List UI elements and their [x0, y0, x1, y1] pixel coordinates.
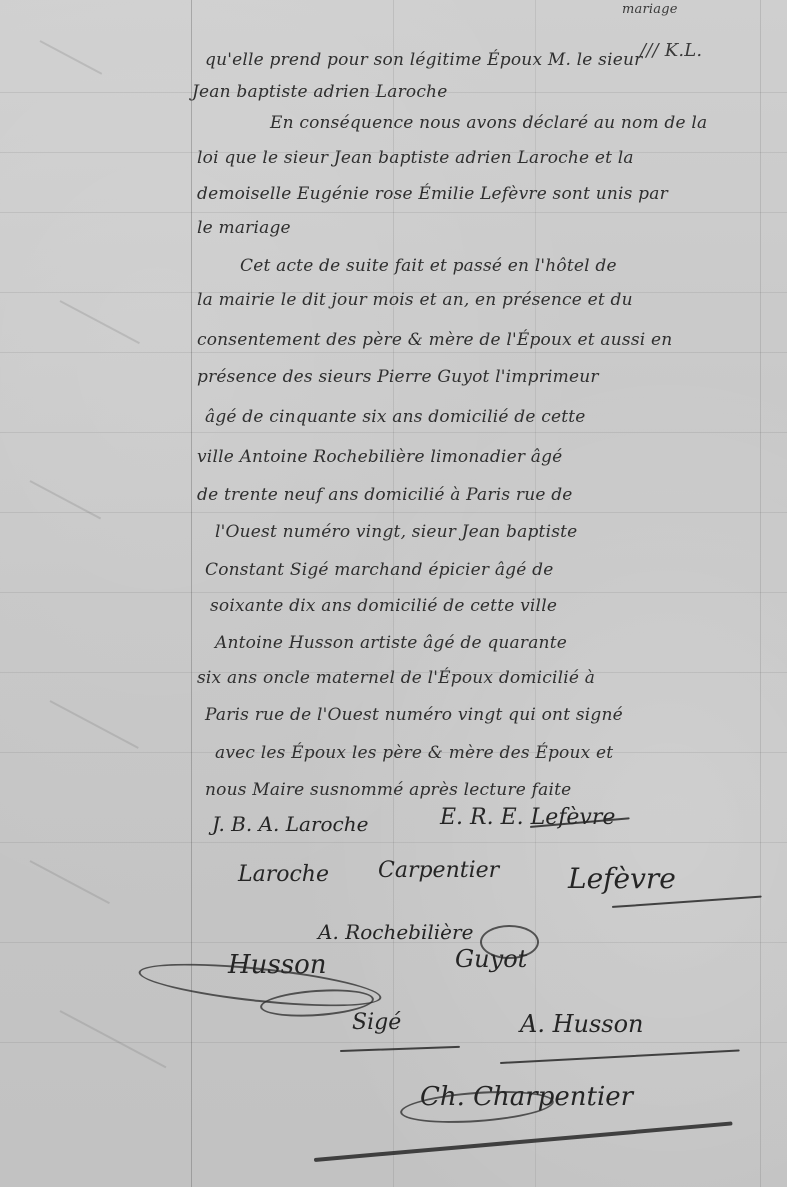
- bleed-through-mark: [50, 700, 139, 749]
- bleed-through-mark: [60, 300, 140, 344]
- text-line: avec les Époux les père & mère des Époux…: [215, 743, 613, 763]
- signature: J. B. A. Laroche: [212, 812, 368, 836]
- text-line: de trente neuf ans domicilié à Paris rue…: [197, 485, 573, 505]
- scanned-document-page: mariage /// K.L. qu'elle prend pour son …: [0, 0, 787, 1187]
- signature: Sigé: [352, 1010, 401, 1035]
- signature: Lefèvre: [568, 862, 676, 895]
- signature: A. Husson: [520, 1010, 644, 1038]
- column-rule: [760, 0, 761, 1187]
- corner-note: mariage: [622, 2, 678, 17]
- bleed-through-mark: [30, 860, 110, 904]
- text-line: le mariage: [197, 218, 291, 238]
- text-line: soixante dix ans domicilié de cette vill…: [210, 596, 557, 616]
- column-rule: [535, 0, 536, 1187]
- text-line: ville Antoine Rochebilière limonadier âg…: [197, 447, 562, 467]
- text-line: Cet acte de suite fait et passé en l'hôt…: [240, 256, 617, 276]
- text-line: loi que le sieur Jean baptiste adrien La…: [197, 148, 634, 168]
- signature-underline: [314, 1121, 733, 1162]
- bleed-through-mark: [60, 1010, 167, 1068]
- text-line: Paris rue de l'Ouest numéro vingt qui on…: [205, 705, 623, 725]
- text-line: âgé de cinquante six ans domicilié de ce…: [205, 407, 586, 427]
- text-line: consentement des père & mère de l'Époux …: [197, 330, 672, 350]
- signature-underline: [612, 896, 762, 908]
- signature: A. Rochebilière: [318, 920, 473, 944]
- text-line: Antoine Husson artiste âgé de quarante: [215, 633, 567, 653]
- bleed-through-mark: [30, 480, 102, 519]
- signature: Laroche: [238, 862, 329, 887]
- signature-underline: [340, 1046, 460, 1052]
- signature-flourish: [480, 925, 539, 959]
- text-line: présence des sieurs Pierre Guyot l'impri…: [197, 367, 599, 387]
- signature: Carpentier: [378, 858, 499, 883]
- text-line: Jean baptiste adrien Laroche: [192, 82, 447, 102]
- margin-mark: /// K.L.: [640, 40, 702, 61]
- text-line: six ans oncle maternel de l'Époux domici…: [197, 668, 595, 688]
- text-line: nous Maire susnommé après lecture faite: [205, 780, 571, 800]
- text-line: l'Ouest numéro vingt, sieur Jean baptist…: [215, 522, 577, 542]
- column-rule: [393, 0, 394, 1187]
- bleed-through-mark: [40, 40, 103, 75]
- text-line: qu'elle prend pour son légitime Époux M.…: [205, 50, 642, 70]
- text-line: demoiselle Eugénie rose Émilie Lefèvre s…: [197, 184, 668, 204]
- signature: E. R. E. Lefèvre: [440, 805, 615, 830]
- margin-rule: [191, 0, 192, 1187]
- text-line: Constant Sigé marchand épicier âgé de: [205, 560, 553, 580]
- text-line: la mairie le dit jour mois et an, en pré…: [197, 290, 633, 310]
- text-line: En conséquence nous avons déclaré au nom…: [270, 113, 707, 133]
